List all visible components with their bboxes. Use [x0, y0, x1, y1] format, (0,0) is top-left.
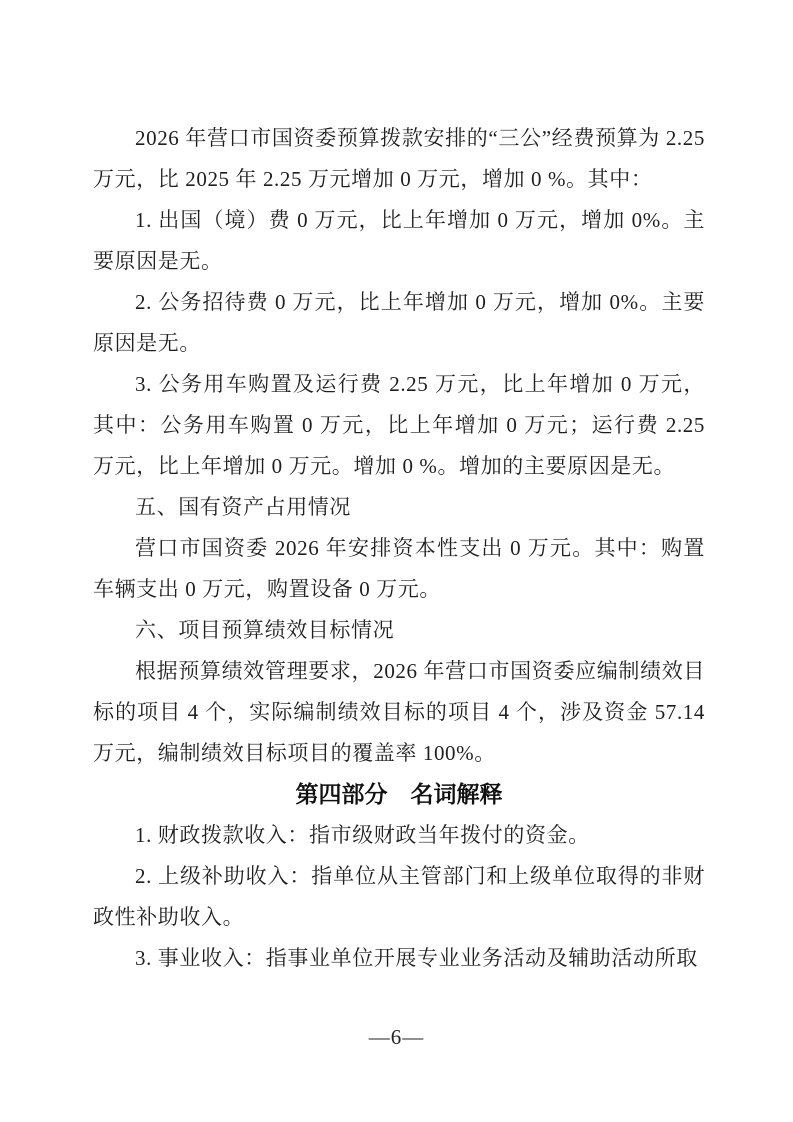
paragraph-performance-target-detail: 根据预算绩效管理要求，2026 年营口市国资委应编制绩效目标的项目 4 个，实际…	[93, 651, 705, 774]
subsection-heading-performance-targets: 六、项目预算绩效目标情况	[93, 610, 705, 651]
paragraph-glossary-business-income: 3. 事业收入：指事业单位开展专业业务活动及辅助活动所取	[93, 938, 705, 979]
paragraph-glossary-fiscal-appropriation: 1. 财政拨款收入：指市级财政当年拨付的资金。	[93, 815, 705, 856]
paragraph-glossary-superior-subsidy: 2. 上级补助收入：指单位从主管部门和上级单位取得的非财政性补助收入。	[93, 856, 705, 938]
paragraph-capital-expenditure: 营口市国资委 2026 年安排资本性支出 0 万元。其中：购置车辆支出 0 万元…	[93, 528, 705, 610]
paragraph-official-reception-expense: 2. 公务招待费 0 万元，比上年增加 0 万元，增加 0%。主要原因是无。	[93, 282, 705, 364]
document-page: 2026 年营口市国资委预算拨款安排的“三公”经费预算为 2.25 万元，比 2…	[0, 0, 793, 1122]
paragraph-three-public-summary: 2026 年营口市国资委预算拨款安排的“三公”经费预算为 2.25 万元，比 2…	[93, 118, 705, 200]
page-number: —6—	[0, 1022, 793, 1052]
section-heading-glossary: 第四部分 名词解释	[93, 774, 705, 815]
document-body: 2026 年营口市国资委预算拨款安排的“三公”经费预算为 2.25 万元，比 2…	[93, 118, 705, 979]
subsection-heading-state-assets: 五、国有资产占用情况	[93, 487, 705, 528]
paragraph-official-vehicle-expense: 3. 公务用车购置及运行费 2.25 万元，比上年增加 0 万元，其中：公务用车…	[93, 364, 705, 487]
paragraph-abroad-expense: 1. 出国（境）费 0 万元，比上年增加 0 万元，增加 0%。主要原因是无。	[93, 200, 705, 282]
